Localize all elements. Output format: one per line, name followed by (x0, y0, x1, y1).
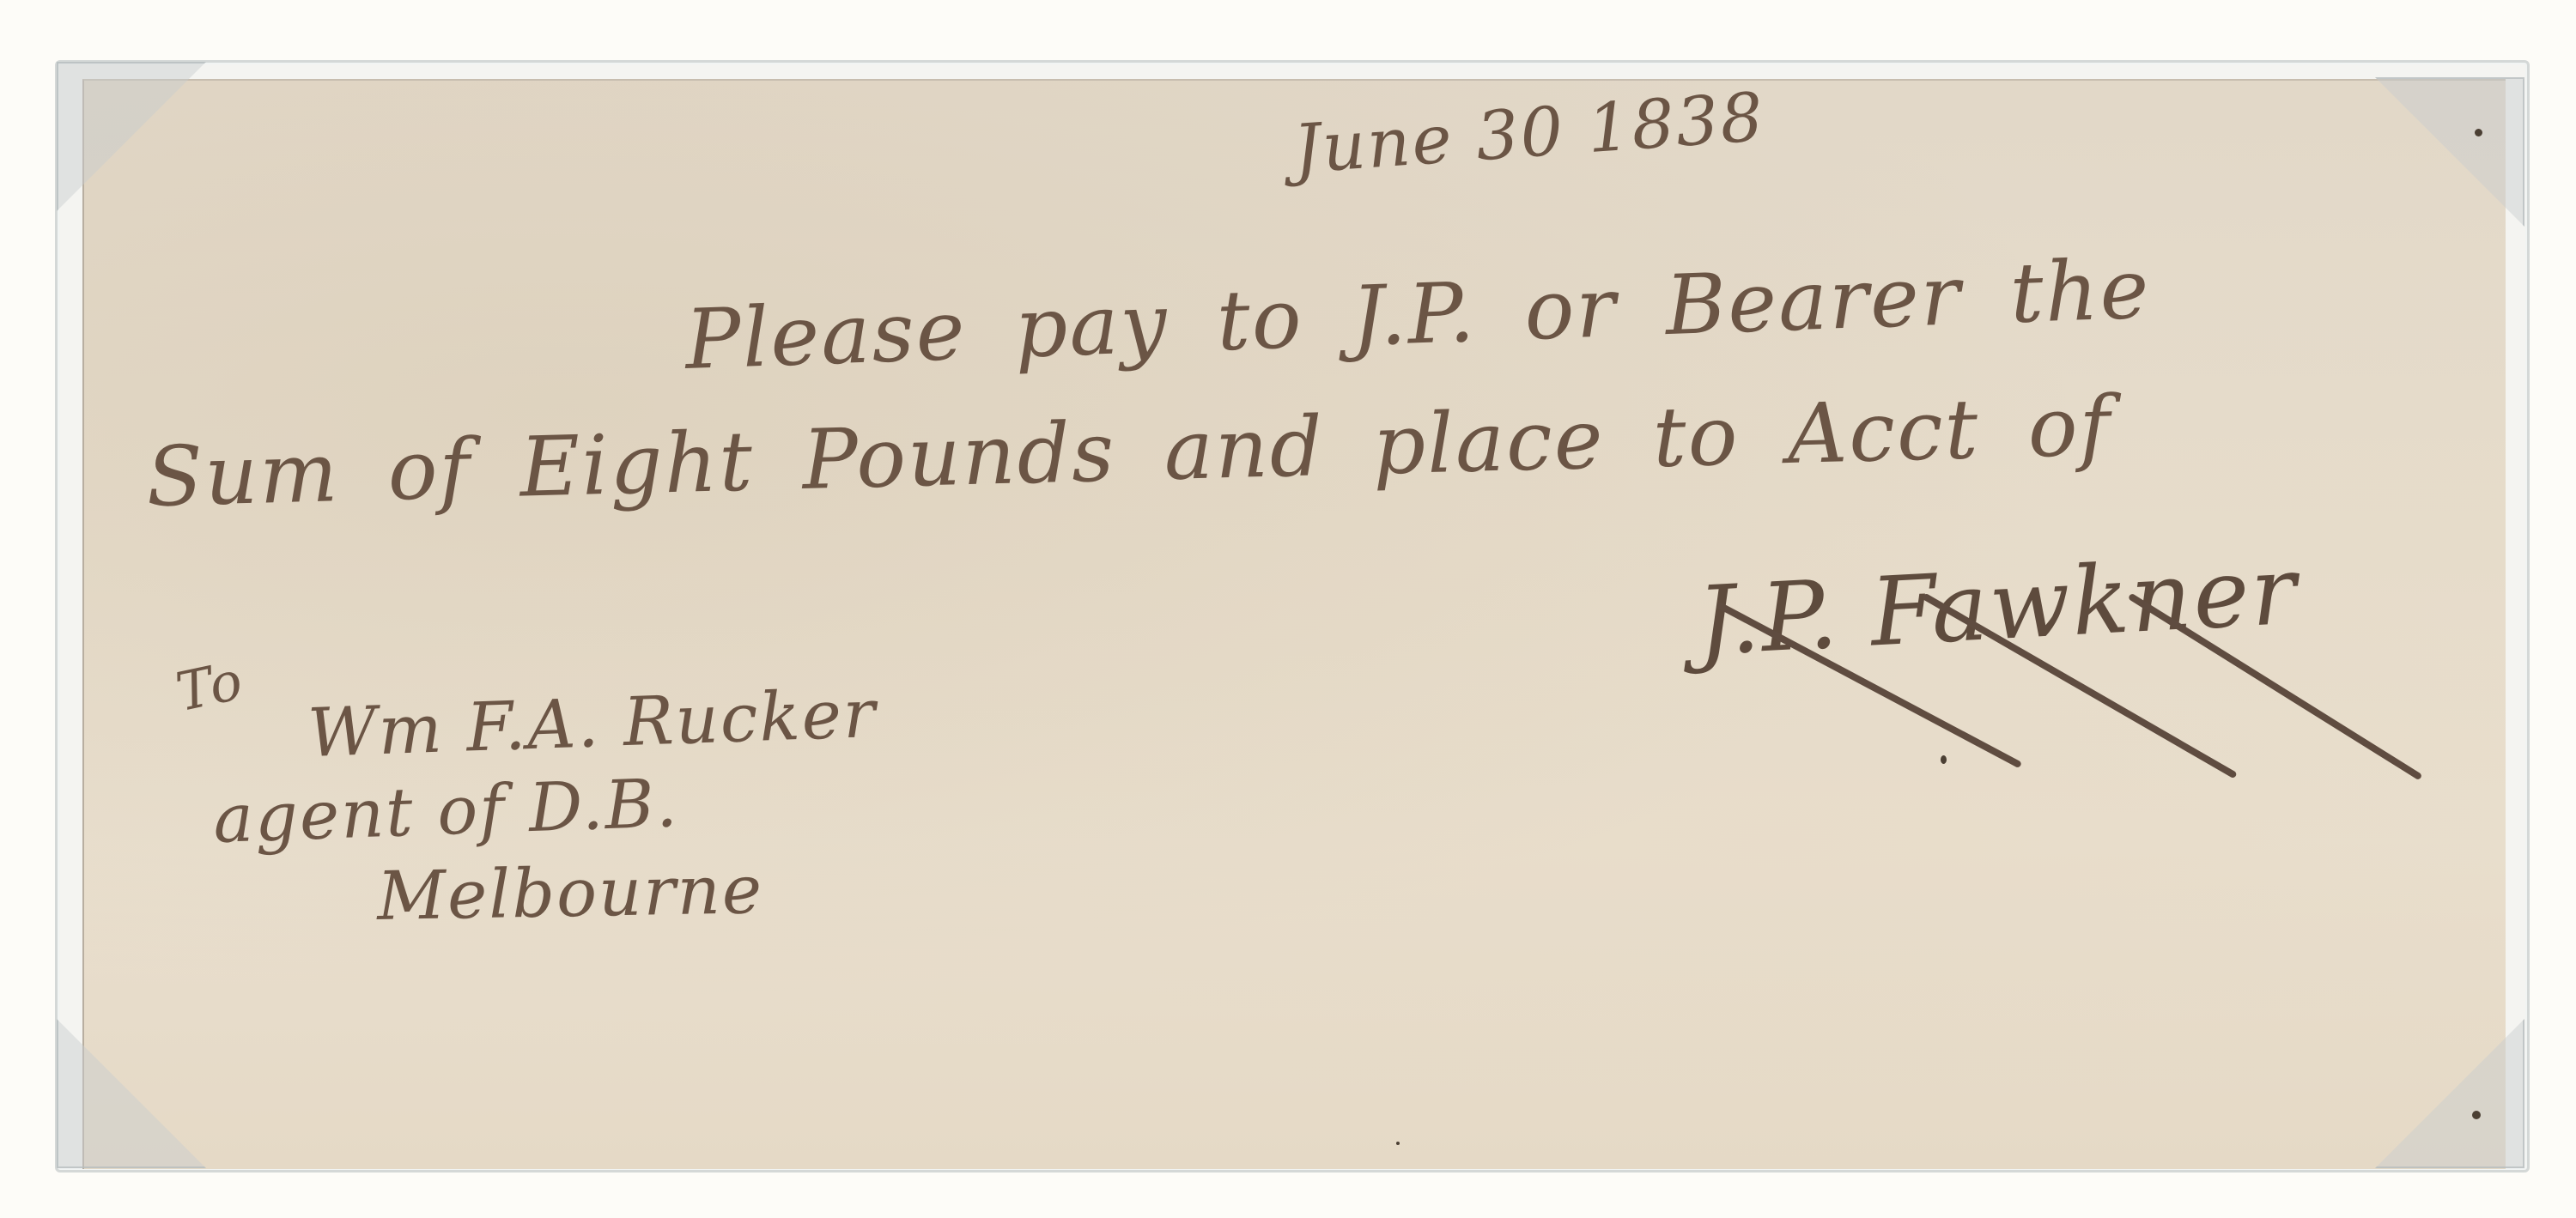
paper-spot (2472, 1111, 2481, 1119)
addressee-role: agent of D.B. (212, 765, 680, 858)
addressee-location: Melbourne (376, 851, 763, 936)
ink-blot (1941, 755, 1947, 764)
paper-spot (1396, 1142, 1400, 1145)
paper-spot (2475, 129, 2482, 136)
